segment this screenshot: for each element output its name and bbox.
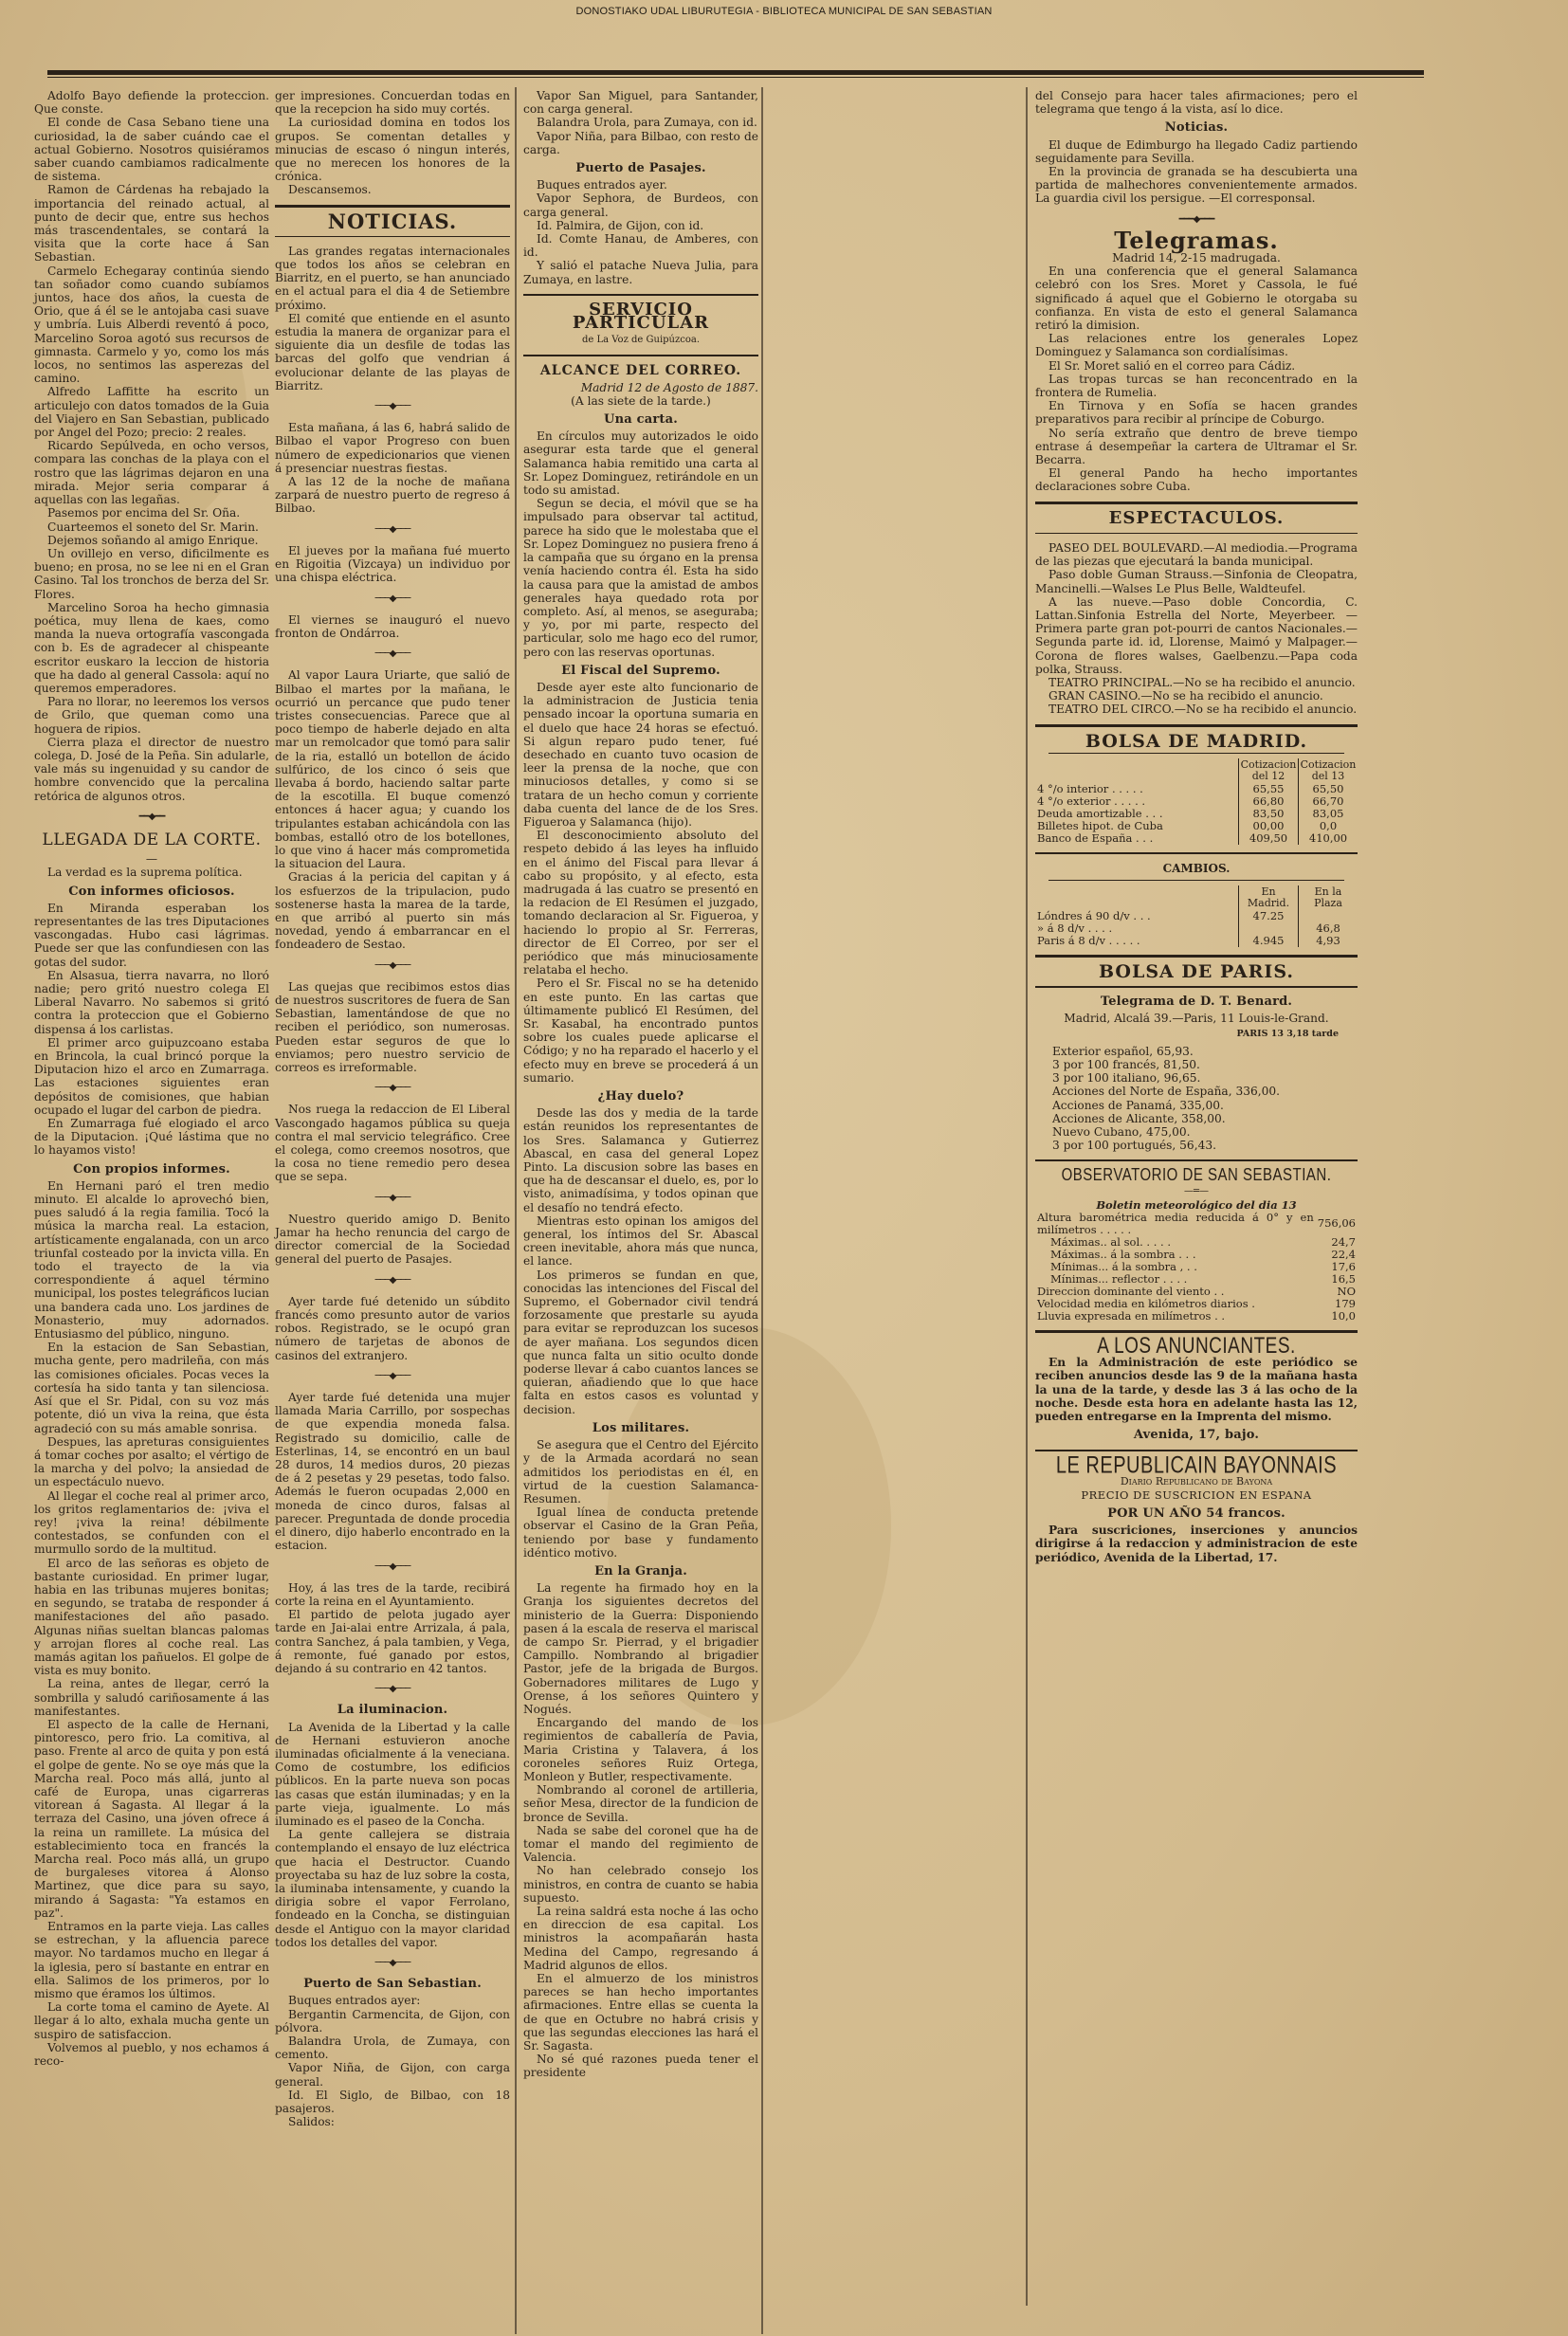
table-cell: 410,00 xyxy=(1299,832,1358,845)
paragraph: En Zumarraga fué elogiado el arco de la … xyxy=(34,1117,269,1158)
telegram-item: Las tropas turcas se han reconcentrado e… xyxy=(1035,373,1358,399)
column-divider xyxy=(1026,87,1028,2306)
llegada-title: LLEGADA DE LA CORTE. xyxy=(34,833,269,847)
paragraph: Para suscriciones, inserciones y anuncio… xyxy=(1035,1524,1358,1564)
paragraph: La reina saldrá esta noche á las ocho en… xyxy=(523,1905,758,1972)
table-row: Deuda amortizable . . .83,5083,05 xyxy=(1035,808,1358,820)
alcance-time: (A las siete de la tarde.) xyxy=(523,394,758,408)
table-cell: 756,06 xyxy=(1316,1212,1358,1236)
ornament-divider: ───◆─── xyxy=(275,1192,510,1205)
noticias-subtitle: Noticias. xyxy=(1035,121,1358,135)
ornament-divider: ───◆─── xyxy=(275,1274,510,1287)
table-row: » á 8 d/v . . . .46,8 xyxy=(1035,922,1358,935)
news-item: El jueves por la mañana fué muerto en Ri… xyxy=(275,544,510,585)
paragraph: Encargando del mando de los regimientos … xyxy=(523,1716,758,1783)
stock-item: Acciones del Norte de España, 336,00. xyxy=(1052,1085,1358,1098)
paragraph: ger impresiones. Concuerdan todas en que… xyxy=(275,89,510,116)
paragraph: del Consejo para hacer tales afirmacione… xyxy=(1035,89,1358,116)
paragraph: En la estacion de San Sebastian, mucha g… xyxy=(34,1341,269,1434)
paragraph: Descansemos. xyxy=(275,183,510,196)
ornament-divider: ───◆─── xyxy=(275,648,510,661)
stock-item: Acciones de Alicante, 358,00. xyxy=(1052,1112,1358,1125)
paragraph: En Hernani paró el tren medio minuto. El… xyxy=(34,1179,269,1341)
top-rule xyxy=(47,70,1424,75)
show-item: TEATRO DEL CIRCO.—No se ha recibido el a… xyxy=(1035,703,1358,716)
bolsa-paris-list: Exterior español, 65,93. 3 por 100 franc… xyxy=(1035,1045,1358,1153)
short-rule: — xyxy=(34,852,269,866)
stock-item: Nuevo Cubano, 475,00. xyxy=(1052,1125,1358,1139)
news-item: Gracias á la pericia del capitan y á los… xyxy=(275,870,510,951)
table-header: En la Plaza xyxy=(1299,885,1358,910)
duelo-title: ¿Hay duelo? xyxy=(523,1090,758,1104)
paragraph: Cuarteemos el soneto del Sr. Marin. xyxy=(34,520,269,534)
ornament-divider: ───◆─── xyxy=(275,1082,510,1095)
table-cell: 4 °/o exterior . . . . . xyxy=(1035,795,1239,808)
table-cell: Billetes hipot. de Cuba xyxy=(1035,820,1239,832)
table-cell: Paris á 8 d/v . . . . . xyxy=(1035,935,1239,947)
ornament-divider: ━━━◆━━━ xyxy=(1035,213,1358,227)
observatorio-title: OBSERVATORIO DE SAN SEBASTIAN. xyxy=(1035,1168,1358,1185)
port-line: Buques entrados ayer. xyxy=(523,178,758,192)
table-header-row: En Madrid. En la Plaza xyxy=(1035,885,1358,910)
ornament-divider: ───◆─── xyxy=(275,523,510,537)
news-item: Las grandes regatas internacionales que … xyxy=(275,245,510,312)
table-header: En Madrid. xyxy=(1239,885,1299,910)
bolsa-paris-address: Madrid, Alcalá 39.—Paris, 11 Louis-le-Gr… xyxy=(1035,1012,1358,1025)
section-rule xyxy=(1035,1330,1358,1333)
news-item: Nuestro querido amigo D. Benito Jamar ha… xyxy=(275,1213,510,1267)
paragraph: En Alsasua, tierra navarra, no lloró nad… xyxy=(34,969,269,1036)
news-item: Ayer tarde fué detenida una mujer llamad… xyxy=(275,1391,510,1552)
paragraph: Marcelino Soroa ha hecho gimnasia poétic… xyxy=(34,601,269,695)
table-cell: » á 8 d/v . . . . xyxy=(1035,922,1239,935)
table-row: 4 °/o interior . . . . .65,5565,50 xyxy=(1035,783,1358,795)
port-line: Vapor Niña, de Gijon, con carga general. xyxy=(275,2061,510,2088)
paragraph: En círculos muy autorizados le oido aseg… xyxy=(523,429,758,497)
ornament-divider: ───◆─── xyxy=(275,593,510,606)
ornament-divider: ───◆─── xyxy=(275,959,510,973)
bolsa-paris-subtitle: Telegrama de D. T. Benard. xyxy=(1035,995,1358,1009)
bayonnais-title: LE REPUBLICAIN BAYONNAIS xyxy=(1035,1458,1358,1475)
subheading-oficiosos: Con informes oficiosos. xyxy=(34,885,269,899)
news-item: Nos ruega la redaccion de El Liberal Vas… xyxy=(275,1103,510,1183)
section-rule xyxy=(523,355,758,356)
port-line: Salidos: xyxy=(275,2115,510,2128)
port-line: Vapor Niña, para Bilbao, con resto de ca… xyxy=(523,130,758,156)
ornament-divider: ───◆─── xyxy=(275,1957,510,1970)
section-rule xyxy=(1048,880,1344,881)
servicio-subtitle: de La Voz de Guipúzcoa. xyxy=(523,334,758,347)
paragraph: Despues, las apreturas consiguientes á t… xyxy=(34,1435,269,1489)
ornament-divider: —═— xyxy=(1035,1185,1358,1198)
paragraph: Ricardo Sepúlveda, en ocho versos, compa… xyxy=(34,439,269,506)
fiscal-title: El Fiscal del Supremo. xyxy=(523,665,758,678)
paragraph: La regente ha firmado hoy en la Granja l… xyxy=(523,1581,758,1716)
show-item: TEATRO PRINCIPAL.—No se ha recibido el a… xyxy=(1035,676,1358,689)
paragraph: Volvemos al pueblo, y nos echamos á reco… xyxy=(34,2041,269,2068)
paragraph: Los primeros se fundan en que, conocidas… xyxy=(523,1268,758,1416)
ornament-divider: ───◆─── xyxy=(275,1370,510,1383)
table-cell: 83,50 xyxy=(1239,808,1299,820)
section-rule xyxy=(1035,533,1358,534)
ornament-divider: ━━◆━━ xyxy=(34,811,269,824)
port-line: Buques entrados ayer: xyxy=(275,1994,510,2007)
granja-title: En la Granja. xyxy=(523,1565,758,1579)
table-cell: 66,70 xyxy=(1299,795,1358,808)
stock-item: Exterior español, 65,93. xyxy=(1052,1045,1358,1058)
stock-item: Acciones de Panamá, 335,00. xyxy=(1052,1099,1358,1112)
ornament-divider: ───◆─── xyxy=(275,1683,510,1696)
section-rule xyxy=(1035,502,1358,504)
show-item: Paso doble Guman Strauss.—Sinfonia de Cl… xyxy=(1035,568,1358,594)
column-divider xyxy=(515,87,517,2334)
paragraph: El arco de las señoras es objeto de bast… xyxy=(34,1557,269,1678)
show-item: A las nueve.—Paso doble Concordia, C. La… xyxy=(1035,595,1358,676)
news-item: El partido de pelota jugado ayer tarde e… xyxy=(275,1608,510,1675)
table-cell: 00,00 xyxy=(1239,820,1299,832)
stock-item: 3 por 100 portugués, 56,43. xyxy=(1052,1139,1358,1152)
paragraph: La gente callejera se distraia contempla… xyxy=(275,1828,510,1949)
column-1: Adolfo Bayo defiende la proteccion. Que … xyxy=(34,89,269,2068)
port-line: Id. El Siglo, de Bilbao, con 18 pasajero… xyxy=(275,2089,510,2115)
paragraph: Entramos en la parte vieja. Las calles s… xyxy=(34,1920,269,2000)
paragraph: Carmelo Echegaray continúa siendo tan so… xyxy=(34,265,269,386)
stock-item: 3 por 100 italiano, 96,65. xyxy=(1052,1071,1358,1085)
noticias-title: NOTICIAS. xyxy=(275,215,510,228)
paragraph: Mientras esto opinan los amigos del gene… xyxy=(523,1214,758,1268)
epigraph: La verdad es la suprema política. xyxy=(34,866,269,879)
paragraph: En el almuerzo de los ministros pareces … xyxy=(523,1972,758,2053)
paragraph: La corte toma el camino de Ayete. Al lle… xyxy=(34,2000,269,2041)
table-header: Cotizacion del 12 xyxy=(1239,758,1299,783)
paragraph: Pero el Sr. Fiscal no se ha detenido en … xyxy=(523,976,758,1085)
section-rule xyxy=(1035,986,1358,988)
port-line: Bergantin Carmencita, de Gijon, con pólv… xyxy=(275,2008,510,2035)
bolsa-madrid-table: Cotizacion del 12 Cotizacion del 13 4 °/… xyxy=(1035,758,1358,845)
bolsa-madrid-title: BOLSA DE MADRID. xyxy=(1035,735,1358,748)
table-header xyxy=(1035,885,1239,910)
port-line: Id. Comte Hanau, de Amberes, con id. xyxy=(523,232,758,259)
port-line: Balandra Urola, para Zumaya, con id. xyxy=(523,116,758,129)
espectaculos-title: ESPECTACULOS. xyxy=(1035,512,1358,525)
section-rule xyxy=(1048,753,1344,754)
news-item: El comité que entiende en el asunto estu… xyxy=(275,312,510,392)
anunciantes-address: Avenida, 17, bajo. xyxy=(1035,1429,1358,1442)
telegramas-date: Madrid 14, 2-15 madrugada. xyxy=(1035,251,1358,265)
table-cell: 46,8 xyxy=(1299,922,1358,935)
paragraph: Un ovillejo en verso, dificilmente es bu… xyxy=(34,547,269,601)
table-cell: Lluvia expresada en milímetros . . xyxy=(1035,1310,1316,1323)
port-line: Y salió el patache Nueva Julia, para Zum… xyxy=(523,259,758,285)
observatorio-table: Altura barométrica media reducida á 0° y… xyxy=(1035,1212,1358,1323)
section-rule xyxy=(1035,1450,1358,1451)
table-row: Paris á 8 d/v . . . . .4.9454,93 xyxy=(1035,935,1358,947)
ornament-divider: ───◆─── xyxy=(275,400,510,413)
paragraph: Para no llorar, no leeremos los versos d… xyxy=(34,695,269,736)
column-4: del Consejo para hacer tales afirmacione… xyxy=(1035,89,1358,1564)
table-cell: 4.945 xyxy=(1239,935,1299,947)
stock-item: 3 por 100 francés, 81,50. xyxy=(1052,1058,1358,1071)
news-item: Esta mañana, á las 6, habrá salido de Bi… xyxy=(275,421,510,475)
iluminacion-title: La iluminacion. xyxy=(275,1704,510,1717)
paragraph: Alfredo Laffitte ha escrito un articulej… xyxy=(34,385,269,439)
pasajes-title: Puerto de Pasajes. xyxy=(523,162,758,175)
paragraph: Ramon de Cárdenas ha rebajado la importa… xyxy=(34,183,269,264)
table-cell: 66,80 xyxy=(1239,795,1299,808)
table-cell: 65,55 xyxy=(1239,783,1299,795)
table-row: Billetes hipot. de Cuba00,000,0 xyxy=(1035,820,1358,832)
port-line: Balandra Urola, de Zumaya, con cemento. xyxy=(275,2035,510,2061)
section-rule xyxy=(1035,852,1358,854)
table-header xyxy=(1035,758,1239,783)
telegram-item: El Sr. Moret salió en el correo para Cád… xyxy=(1035,359,1358,373)
telegram-item: Las relaciones entre los generales Lopez… xyxy=(1035,332,1358,358)
table-cell: Altura barométrica media reducida á 0° y… xyxy=(1035,1212,1316,1236)
section-rule xyxy=(1035,724,1358,727)
telegram-item: En Tirnova y en Sofía se hacen grandes p… xyxy=(1035,399,1358,426)
paragraph: El primer arco guipuzcoano estaba en Bri… xyxy=(34,1036,269,1117)
militares-title: Los militares. xyxy=(523,1422,758,1435)
telegram-item: No sería extraño que dentro de breve tie… xyxy=(1035,427,1358,467)
table-row: 4 °/o exterior . . . . .66,8066,70 xyxy=(1035,795,1358,808)
show-item: PASEO DEL BOULEVARD.—Al mediodia.—Progra… xyxy=(1035,541,1358,568)
column-2: ger impresiones. Concuerdan todas en que… xyxy=(275,89,510,2128)
paragraph: La reina, antes de llegar, cerró la somb… xyxy=(34,1677,269,1718)
servicio-title: SERVICIO PARTICULAR xyxy=(523,303,758,330)
paragraph: El conde de Casa Sebano tiene una curios… xyxy=(34,116,269,183)
column-divider xyxy=(761,87,763,2334)
paragraph: Cierra plaza el director de nuestro cole… xyxy=(34,736,269,803)
bolsa-paris-title: BOLSA DE PARIS. xyxy=(1035,965,1358,978)
section-rule xyxy=(523,294,758,296)
news-item: El viernes se inauguró el nuevo fronton … xyxy=(275,613,510,640)
news-item: Al vapor Laura Uriarte, que salió de Bil… xyxy=(275,668,510,870)
puerto-ss-title: Puerto de San Sebastian. xyxy=(275,1978,510,1991)
paragraph: Se asegura que el Centro del Ejército y … xyxy=(523,1438,758,1506)
bayonnais-price: POR UN AÑO 54 francos. xyxy=(1035,1507,1358,1521)
subheading-propios: Con propios informes. xyxy=(34,1163,269,1177)
port-line: Vapor San Miguel, para Santander, con ca… xyxy=(523,89,758,116)
paragraph: En la provincia de granada se ha descubi… xyxy=(1035,165,1358,206)
table-cell xyxy=(1239,922,1299,935)
ornament-divider: ───◆─── xyxy=(275,1560,510,1574)
port-line: Id. Palmira, de Gijon, con id. xyxy=(523,219,758,232)
table-row: Altura barométrica media reducida á 0° y… xyxy=(1035,1212,1358,1236)
column-3: Vapor San Miguel, para Santander, con ca… xyxy=(523,89,758,2080)
news-item: Ayer tarde fué detenido un súbdito franc… xyxy=(275,1295,510,1362)
section-rule xyxy=(275,236,510,237)
telegram-item: El general Pando ha hecho importantes de… xyxy=(1035,466,1358,493)
paragraph: Al llegar el coche real al primer arco, … xyxy=(34,1489,269,1557)
cambios-title: CAMBIOS. xyxy=(1035,862,1358,875)
archive-header: DONOSTIAKO UDAL LIBURUTEGIA - BIBLIOTECA… xyxy=(0,6,1568,17)
paragraph: No sé qué razones pueda tener el preside… xyxy=(523,2053,758,2079)
paragraph: El desconocimiento absoluto del respeto … xyxy=(523,829,758,976)
paragraph: El duque de Edimburgo ha llegado Cadiz p… xyxy=(1035,138,1358,165)
bolsa-paris-stamp: PARIS 13 3,18 tarde xyxy=(1035,1028,1339,1041)
table-cell: 47.25 xyxy=(1239,910,1299,922)
table-cell: Deuda amortizable . . . xyxy=(1035,808,1239,820)
paragraph: Nombrando al coronel de artilleria, seño… xyxy=(523,1783,758,1824)
table-cell: 409,50 xyxy=(1239,832,1299,845)
paragraph: Adolfo Bayo defiende la proteccion. Que … xyxy=(34,89,269,116)
table-row: Lóndres á 90 d/v . . .47.25 xyxy=(1035,910,1358,922)
paragraph: En la Administración de este periódico s… xyxy=(1035,1356,1358,1423)
table-cell: 10,0 xyxy=(1316,1310,1358,1323)
table-row: Lluvia expresada en milímetros . .10,0 xyxy=(1035,1310,1358,1323)
carta-title: Una carta. xyxy=(523,413,758,427)
section-rule xyxy=(275,205,510,208)
paragraph: Dejemos soñando al amigo Enrique. xyxy=(34,534,269,547)
news-item: Hoy, á las tres de la tarde, recibirá co… xyxy=(275,1581,510,1608)
table-cell xyxy=(1299,910,1358,922)
table-cell: 4,93 xyxy=(1299,935,1358,947)
paragraph: Desde las dos y media de la tarde están … xyxy=(523,1106,758,1214)
bayonnais-price-label: PRECIO DE SUSCRICION EN ESPANA xyxy=(1035,1488,1358,1502)
table-cell: 83,05 xyxy=(1299,808,1358,820)
paragraph: Segun se decia, el móvil que se ha impul… xyxy=(523,497,758,658)
table-cell: Banco de España . . . xyxy=(1035,832,1239,845)
table-cell: 4 °/o interior . . . . . xyxy=(1035,783,1239,795)
paragraph: Nada se sabe del coronel que ha de tomar… xyxy=(523,1824,758,1865)
table-cell: Lóndres á 90 d/v . . . xyxy=(1035,910,1239,922)
section-rule xyxy=(1035,955,1358,958)
news-item: A las 12 de la noche de mañana zarpará d… xyxy=(275,475,510,516)
observatorio-subtitle: Boletin meteorológico del dia 13 xyxy=(1035,1198,1358,1212)
paragraph: Igual línea de conducta pretende observa… xyxy=(523,1506,758,1560)
paragraph: La Avenida de la Libertad y la calle de … xyxy=(275,1721,510,1829)
paragraph: El aspecto de la calle de Hernani, pinto… xyxy=(34,1718,269,1920)
paragraph: La curiosidad domina en todos los grupos… xyxy=(275,116,510,183)
table-header: Cotizacion del 13 xyxy=(1299,758,1358,783)
news-item: Las quejas que recibimos estos dias de n… xyxy=(275,980,510,1074)
col1-top-paragraphs: Adolfo Bayo defiende la proteccion. Que … xyxy=(34,89,269,803)
anunciantes-title: A LOS ANUNCIANTES. xyxy=(1035,1339,1358,1356)
alcance-title: ALCANCE DEL CORREO. xyxy=(523,364,758,377)
table-row: Banco de España . . .409,50410,00 xyxy=(1035,832,1358,845)
cambios-table: En Madrid. En la Plaza Lóndres á 90 d/v … xyxy=(1035,885,1358,947)
section-rule xyxy=(1035,1159,1358,1161)
port-line: Vapor Sephora, de Burdeos, con carga gen… xyxy=(523,192,758,218)
top-rule-thin xyxy=(47,77,1424,78)
paragraph: Desde ayer este alto funcionario de la a… xyxy=(523,681,758,829)
table-cell: 65,50 xyxy=(1299,783,1358,795)
show-item: GRAN CASINO.—No se ha recibido el anunci… xyxy=(1035,689,1358,703)
telegram-item: En una conferencia que el general Salama… xyxy=(1035,265,1358,332)
paragraph: No han celebrado consejo los ministros, … xyxy=(523,1864,758,1905)
table-header-row: Cotizacion del 12 Cotizacion del 13 xyxy=(1035,758,1358,783)
telegramas-title: Telegramas. xyxy=(1035,234,1358,247)
alcance-date: Madrid 12 de Agosto de 1887. xyxy=(523,381,758,394)
table-cell: 0,0 xyxy=(1299,820,1358,832)
paragraph: En Miranda esperaban los representantes … xyxy=(34,902,269,969)
paragraph: Pasemos por encima del Sr. Oña. xyxy=(34,506,269,520)
